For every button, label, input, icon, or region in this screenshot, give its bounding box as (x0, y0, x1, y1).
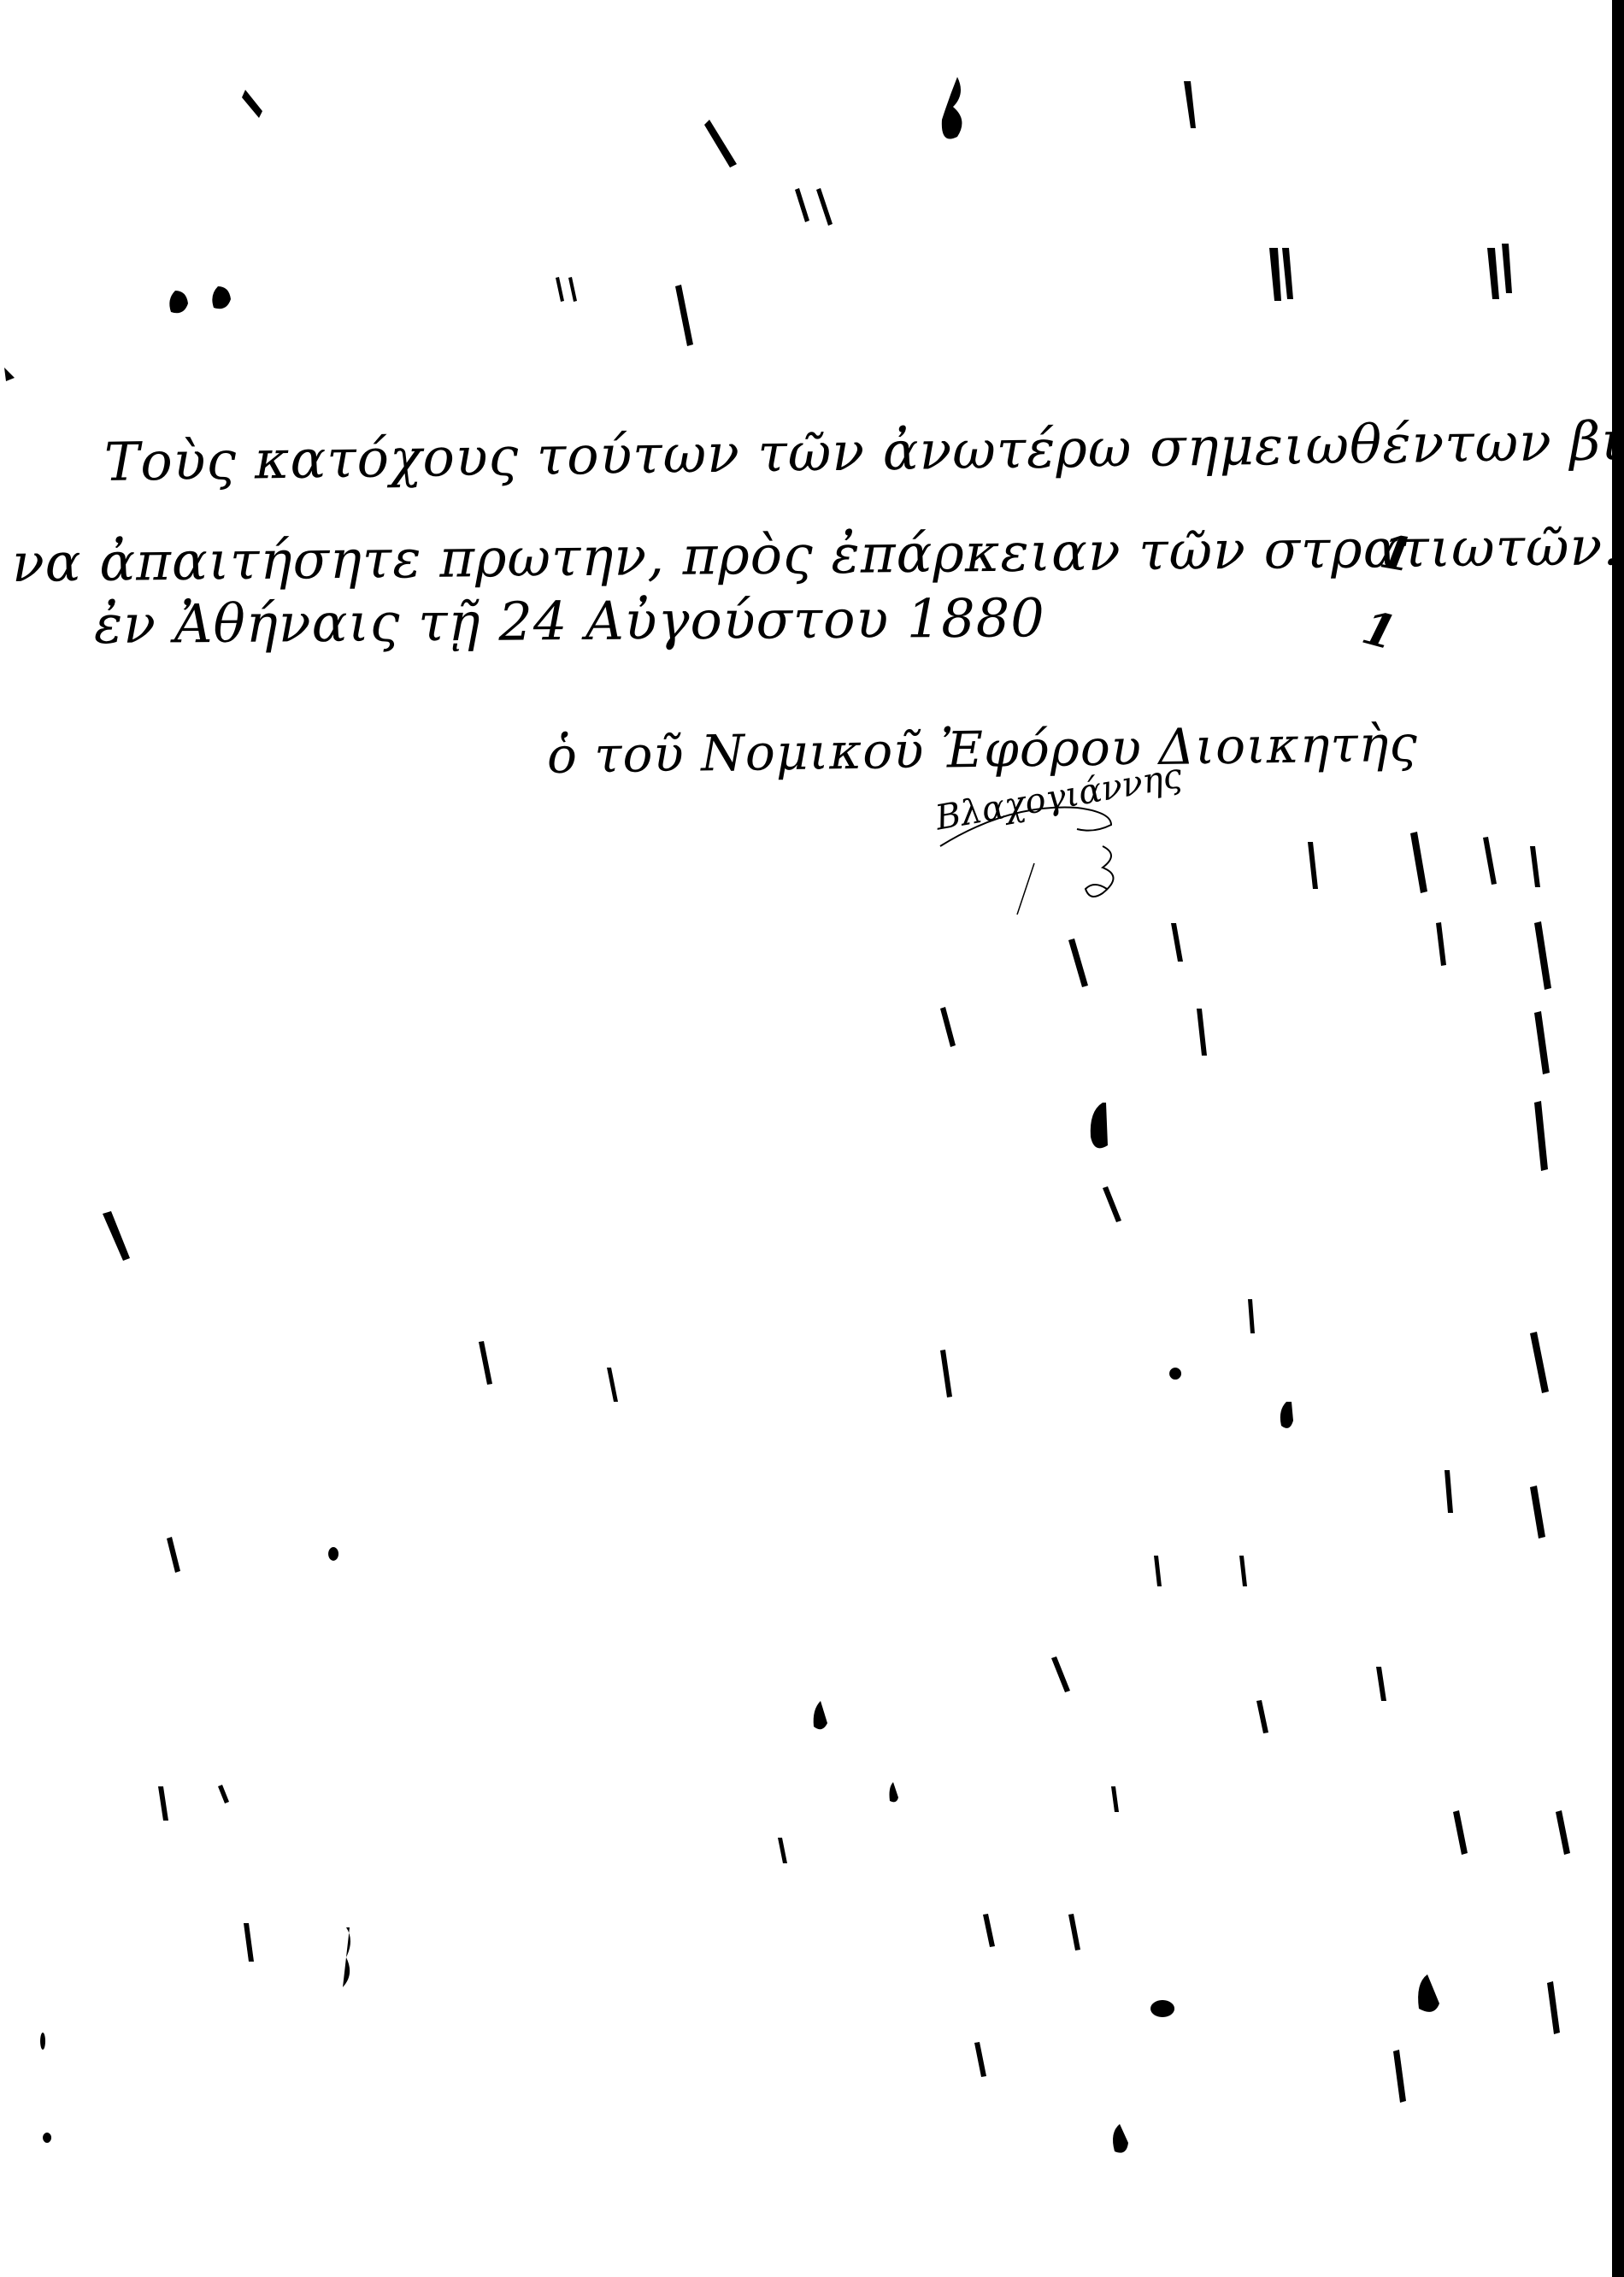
document-page: Τοὺς κατόχους τούτων τῶν ἀνωτέρω σημειωθ… (0, 0, 1624, 2277)
closing-title: ὁ τοῦ Νομικοῦ Ἐφόρου Διοικητὴς (547, 719, 1419, 780)
body-line-3-date: ἐν Ἀθήναις τῇ 24 Αὐγούστου 1880 (94, 591, 1045, 651)
stray-pen-mark-2: 1 (1356, 599, 1402, 661)
body-line-1: Τοὺς κατόχους τούτων τῶν ἀνωτέρω σημειωθ… (104, 409, 1624, 489)
scan-edge-border (1612, 0, 1624, 2277)
bleed-through-marks (0, 0, 1624, 2277)
